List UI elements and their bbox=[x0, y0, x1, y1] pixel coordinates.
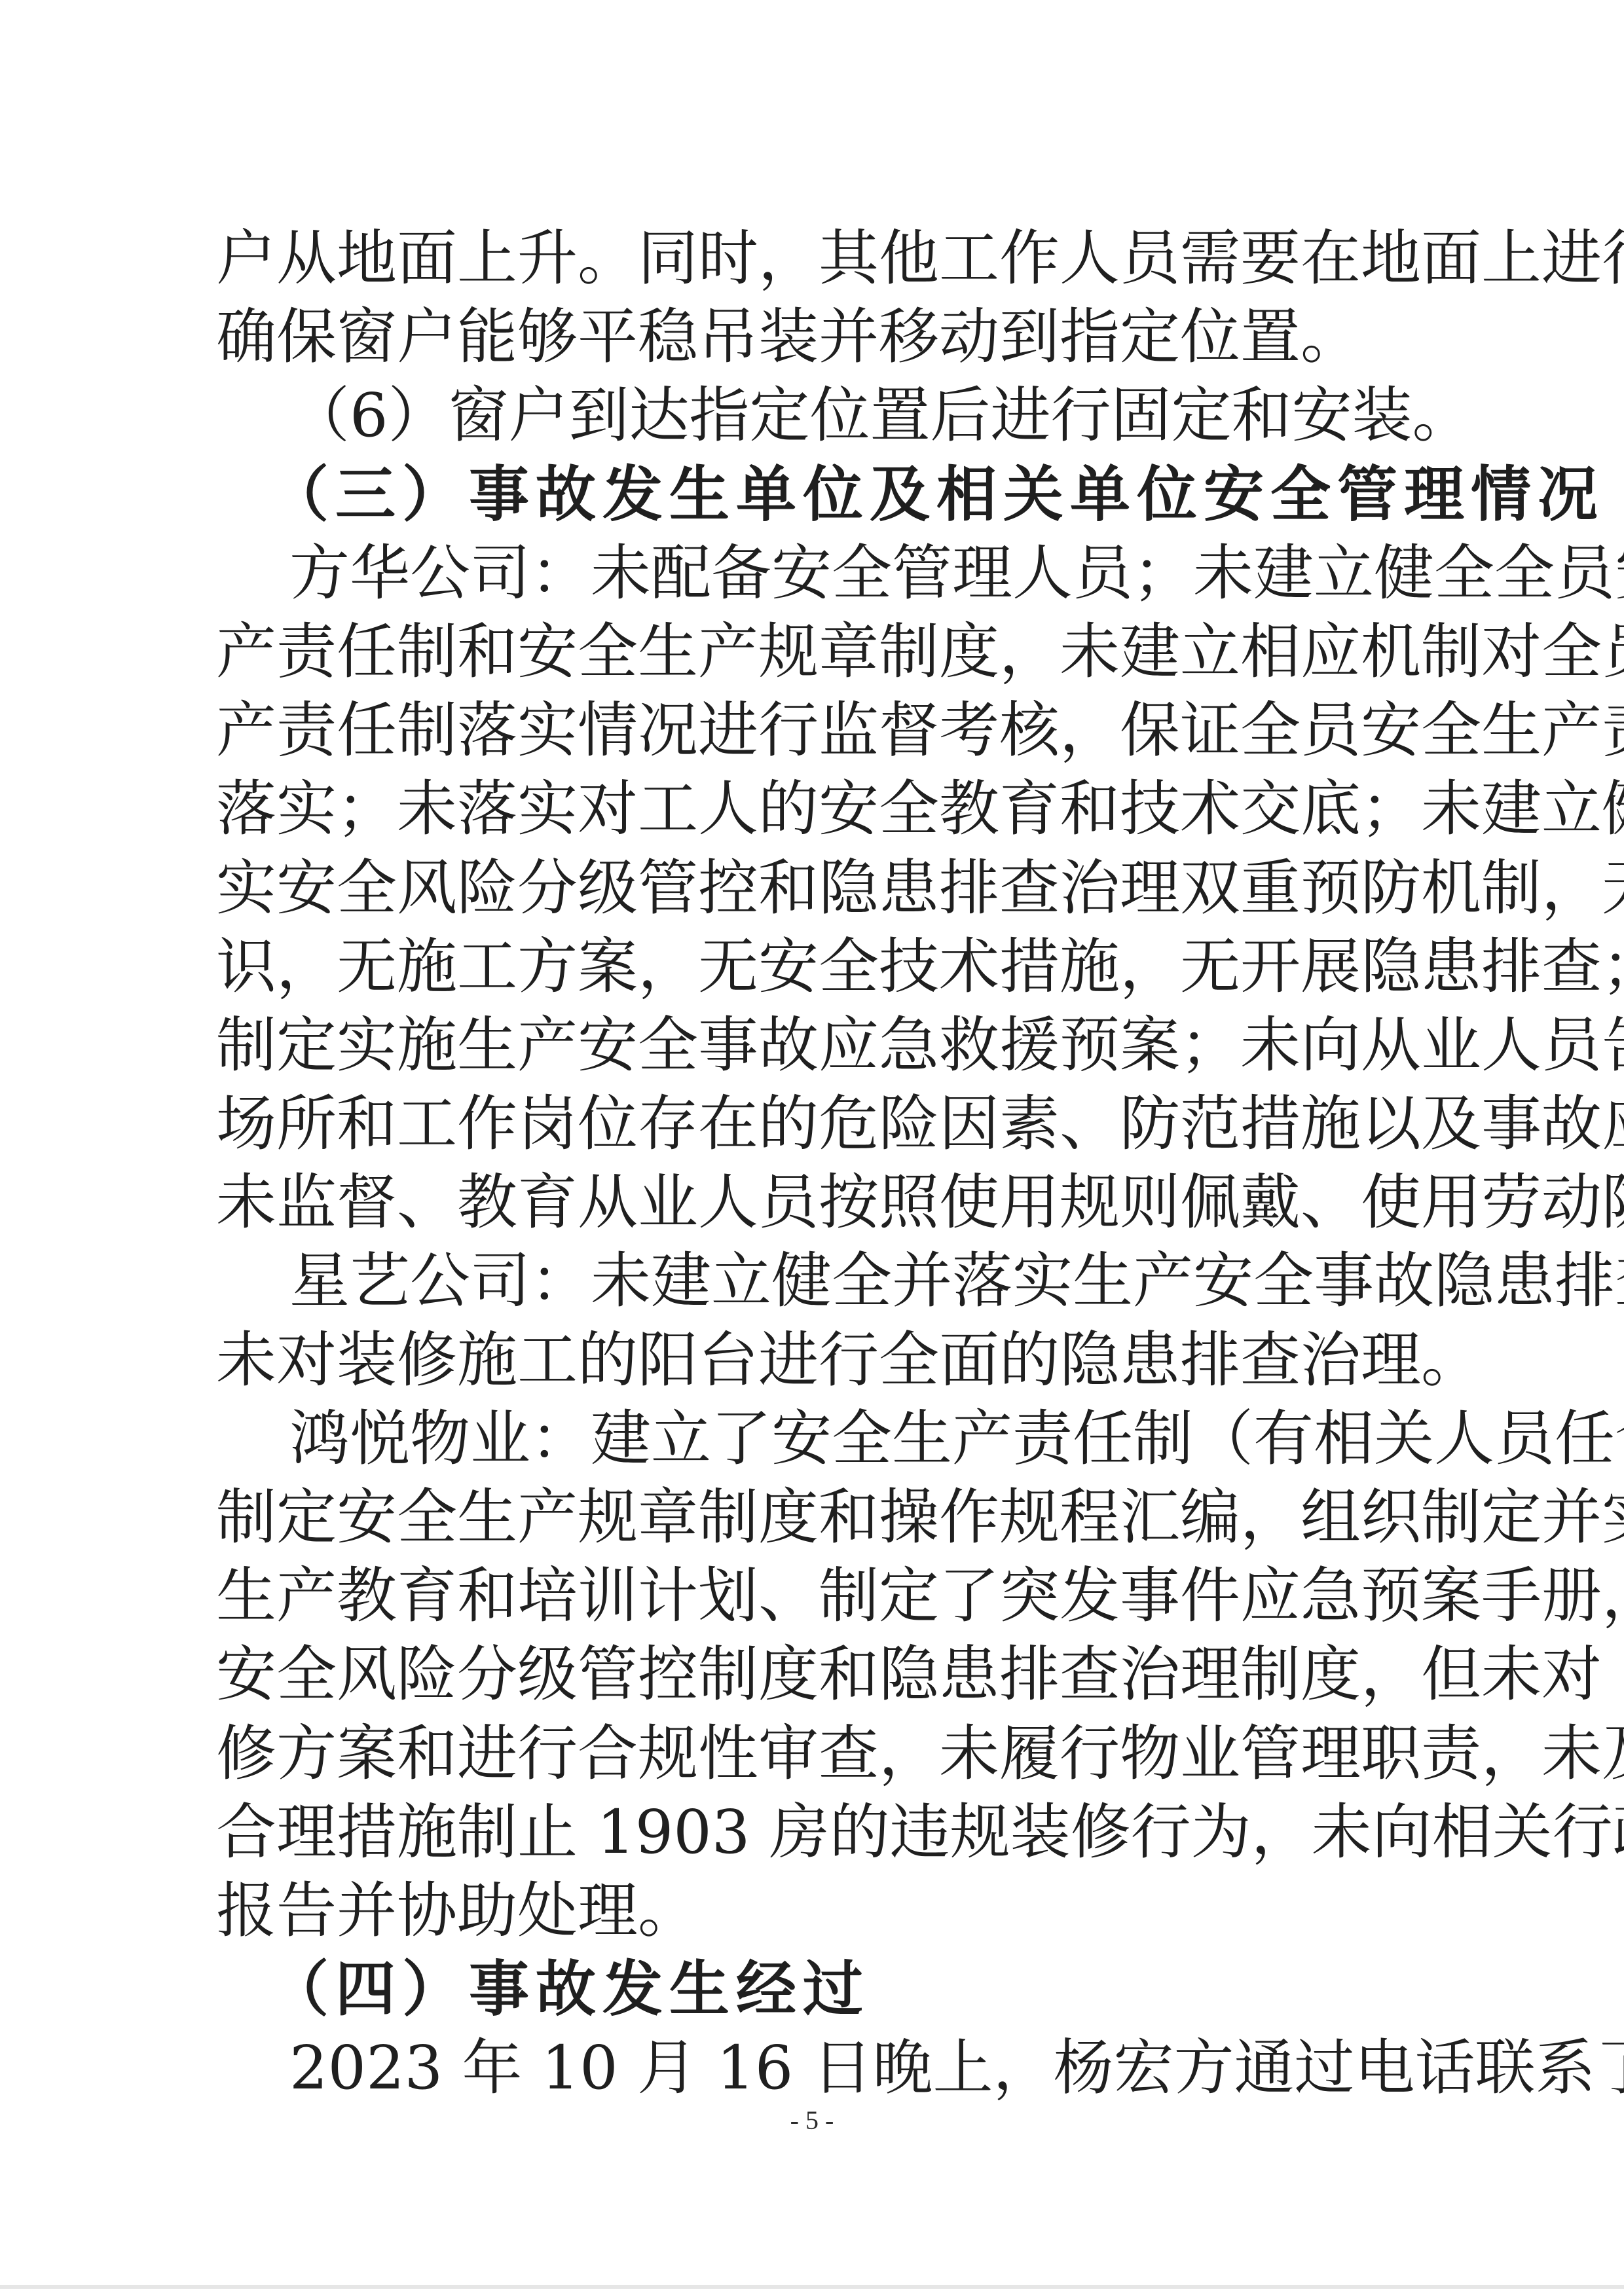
paragraph-line: 报告并协助处理。 bbox=[216, 1872, 1398, 1950]
paragraph-xingyi-company: 星艺公司：未建立健全并落实生产安全事故隐患排查制度， bbox=[216, 1242, 1398, 1321]
paragraph-line: 产责任制落实情况进行监督考核，保证全员安全生产责任制的 bbox=[216, 691, 1398, 770]
paragraph-line: 未对装修施工的阳台进行全面的隐患排查治理。 bbox=[216, 1321, 1398, 1400]
document-body: 户从地面上升。同时，其他工作人员需要在地面上进行配合， 确保窗户能够平稳吊装并移… bbox=[216, 219, 1398, 2108]
paragraph-accident-process: 2023 年 10 月 16 日晚上，杨宏方通过电话联系了两名临时 bbox=[216, 2029, 1398, 2107]
paragraph-line: 确保窗户能够平稳吊装并移动到指定位置。 bbox=[216, 298, 1398, 376]
paragraph-line: 产责任制和安全生产规章制度，未建立相应机制对全员安全生 bbox=[216, 613, 1398, 691]
paragraph-line: 修方案和进行合规性审查，未履行物业管理职责，未及时采取 bbox=[216, 1715, 1398, 1793]
paragraph-line: 安全风险分级管控制度和隐患排查治理制度，但未对 1903 房装 bbox=[216, 1635, 1398, 1714]
list-item-step-6: （6）窗户到达指定位置后进行固定和安装。 bbox=[216, 376, 1398, 455]
paragraph-line: 识，无施工方案，无安全技术措施，无开展隐患排查；未组织 bbox=[216, 928, 1398, 1006]
section-heading-4: （四）事故发生经过 bbox=[216, 1950, 1398, 2029]
paragraph-hongyue-property: 鸿悦物业：建立了安全生产责任制（有相关人员任命书）， bbox=[216, 1400, 1398, 1478]
paragraph-fanghua-company: 方华公司：未配备安全管理人员；未建立健全全员安全生 bbox=[216, 534, 1398, 613]
paragraph-line: 未监督、教育从业人员按照使用规则佩戴、使用劳动防护用品。 bbox=[216, 1163, 1398, 1242]
section-heading-3: （三）事故发生单位及相关单位安全管理情况 bbox=[216, 456, 1398, 534]
paragraph-line: 户从地面上升。同时，其他工作人员需要在地面上进行配合， bbox=[216, 219, 1398, 298]
page-number: - 5 - bbox=[0, 2105, 1624, 2136]
paragraph-line: 合理措施制止 1903 房的违规装修行为，未向相关行政管理部门 bbox=[216, 1793, 1398, 1872]
document-page: 户从地面上升。同时，其他工作人员需要在地面上进行配合， 确保窗户能够平稳吊装并移… bbox=[0, 0, 1624, 2296]
paragraph-line: 制定安全生产规章制度和操作规程汇编，组织制定并实施安全 bbox=[216, 1478, 1398, 1557]
paragraph-line: 生产教育和培训计划、制定了突发事件应急预案手册，建立了 bbox=[216, 1557, 1398, 1635]
paragraph-line: 场所和工作岗位存在的危险因素、防范措施以及事故应急措施； bbox=[216, 1085, 1398, 1163]
paragraph-line: 落实；未落实对工人的安全教育和技术交底；未建立健全并落 bbox=[216, 770, 1398, 848]
paragraph-line: 实安全风险分级管控和隐患排查治理双重预防机制，无风险辨 bbox=[216, 849, 1398, 928]
paragraph-line: 制定实施生产安全事故应急救援预案；未向从业人员告知作业 bbox=[216, 1006, 1398, 1085]
scan-edge-divider bbox=[0, 2285, 1624, 2289]
